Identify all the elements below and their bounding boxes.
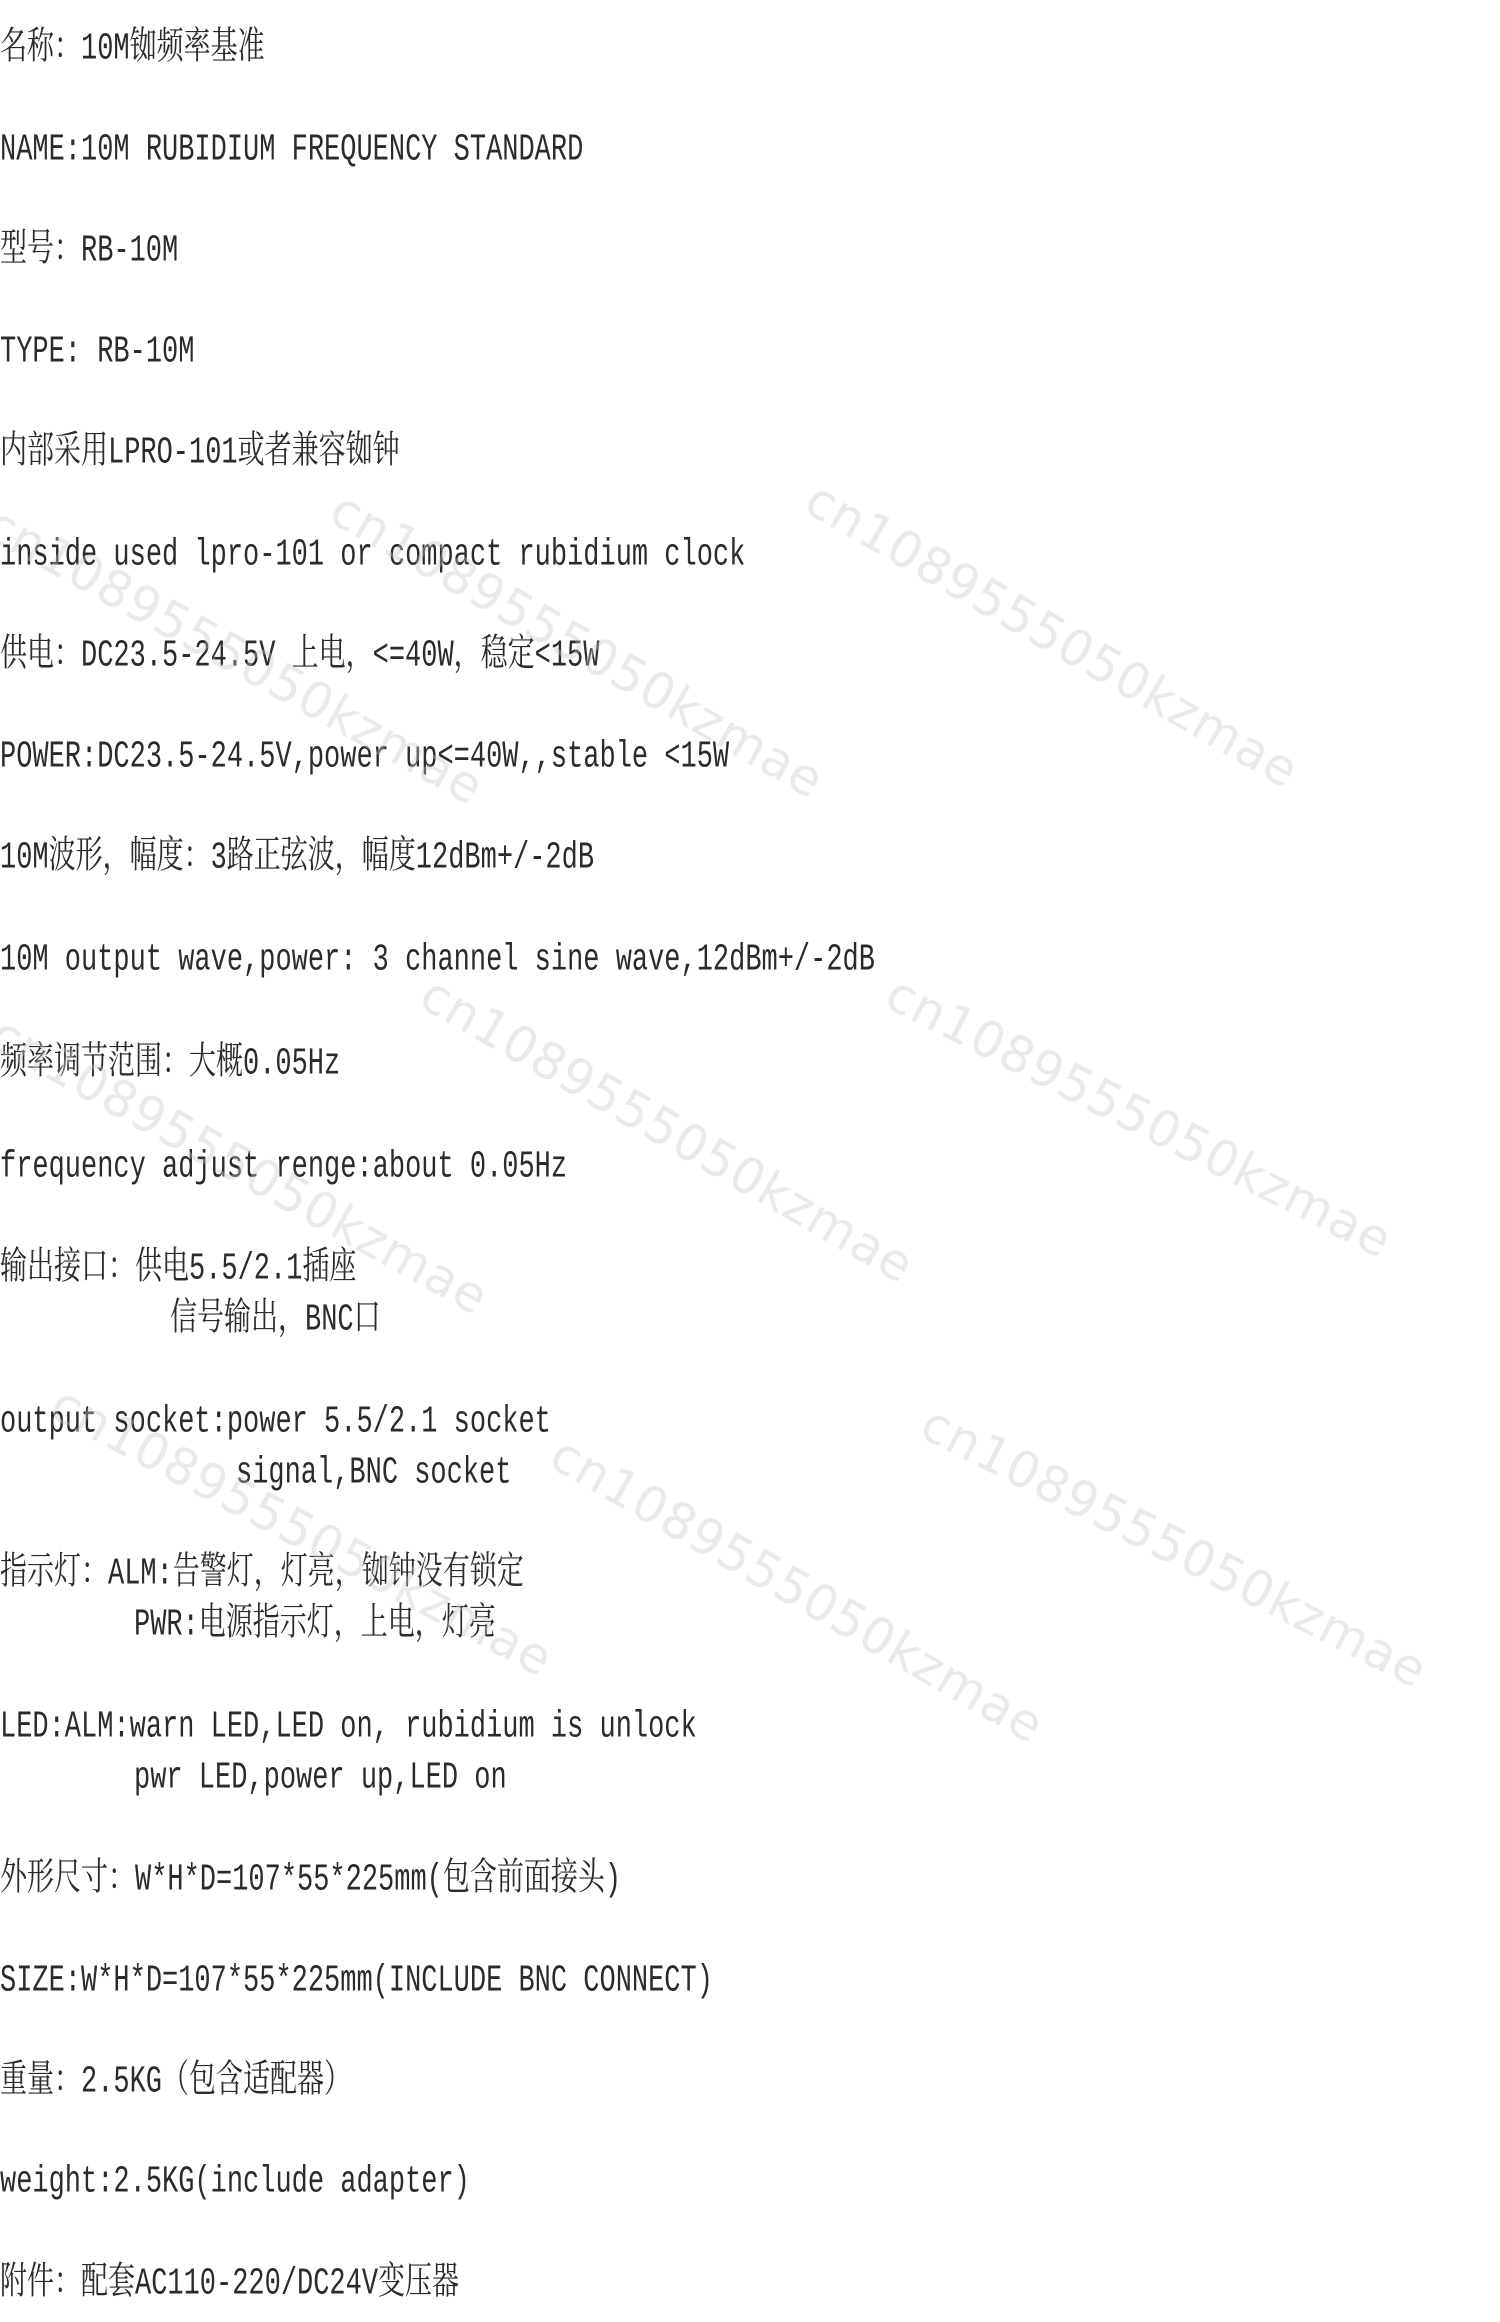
- spec-line-accessory-cn: 附件：配套AC110-220/DC24V变压器: [0, 2257, 459, 2314]
- spec-line-wave-en: 10M output wave,power: 3 channel sine wa…: [0, 933, 875, 990]
- spec-line-size-en: SIZE:W*H*D=107*55*225mm(INCLUDE BNC CONN…: [0, 1954, 713, 2011]
- product-spec-page: 名称：10M铷频率基准 NAME:10M RUBIDIUM FREQUENCY …: [0, 0, 1500, 2322]
- spec-line-power-cn: 供电：DC23.5-24.5V 上电，<=40W，稳定<15W: [0, 629, 599, 686]
- spec-line-output-en: output socket:power 5.5/2.1 socket: [0, 1395, 551, 1452]
- spec-line-size-cn: 外形尺寸：W*H*D=107*55*225mm(包含前面接头): [0, 1853, 621, 1910]
- spec-line-name-cn: 名称：10M铷频率基准: [0, 22, 265, 79]
- spec-text-block: 名称：10M铷频率基准 NAME:10M RUBIDIUM FREQUENCY …: [0, 0, 1500, 2322]
- spec-line-inside-cn: 内部采用LPRO-101或者兼容铷钟: [0, 426, 400, 483]
- spec-line-name-en: NAME:10M RUBIDIUM FREQUENCY STANDARD: [0, 123, 583, 180]
- spec-line-inside-en: inside used lpro-101 or compact rubidium…: [0, 528, 745, 585]
- spec-line-freq-adjust-en: frequency adjust renge:about 0.05Hz: [0, 1140, 567, 1197]
- spec-line-wave-cn: 10M波形，幅度：3路正弦波，幅度12dBm+/-2dB: [0, 831, 594, 888]
- spec-line-power-en: POWER:DC23.5-24.5V,power up<=40W,,stable…: [0, 730, 729, 787]
- spec-line-led-en: LED:ALM:warn LED,LED on, rubidium is unl…: [0, 1700, 697, 1757]
- spec-line-freq-adjust-cn: 频率调节范围：大概0.05Hz: [0, 1037, 340, 1094]
- spec-line-output-cn: 输出接口：供电5.5/2.1插座: [0, 1242, 356, 1299]
- spec-line-output-cn-2: 信号输出，BNC口: [170, 1293, 381, 1350]
- spec-line-led-cn: 指示灯：ALM:告警灯，灯亮，铷钟没有锁定: [0, 1547, 524, 1604]
- spec-line-output-en-2: signal,BNC socket: [236, 1446, 511, 1503]
- spec-line-weight-en: weight:2.5KG(include adapter): [0, 2155, 470, 2212]
- spec-line-led-en-2: pwr LED,power up,LED on: [134, 1751, 507, 1808]
- spec-line-type-cn: 型号：RB-10M: [0, 224, 178, 281]
- spec-line-type-en: TYPE: RB-10M: [0, 325, 194, 382]
- spec-line-led-cn-2: PWR:电源指示灯，上电，灯亮: [134, 1598, 496, 1655]
- spec-line-weight-cn: 重量：2.5KG（包含适配器）: [0, 2055, 351, 2112]
